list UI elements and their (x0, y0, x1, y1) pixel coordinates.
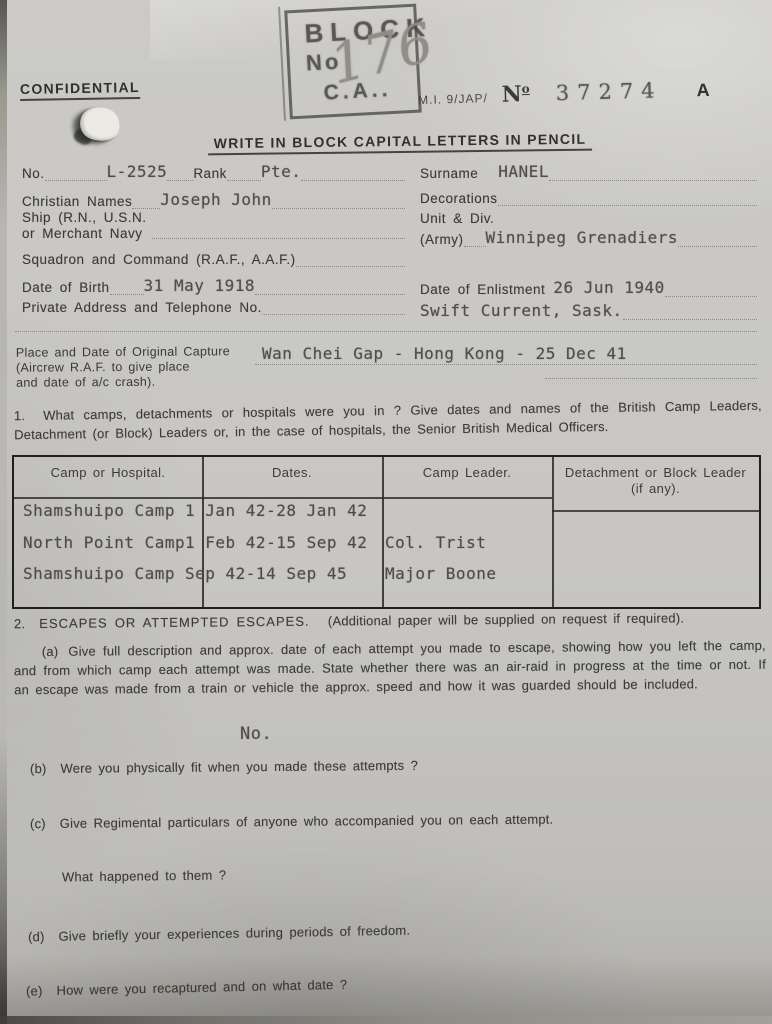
field-row-unit-army: (Army) Winnipeg Grenadiers (420, 228, 757, 247)
field-row-address-value: Swift Current, Sask. (420, 301, 757, 320)
enlistment-value: 26 Jun 1940 (553, 278, 664, 297)
field-row-date-of-birth: Date of Birth 31 May 1918 (22, 276, 405, 295)
series-letter: A (696, 80, 711, 101)
camps-table-rows: Shamshuipo Camp1 Jan 42-28 Jan 42North P… (14, 457, 759, 607)
scan-edge-bottom (0, 1016, 772, 1024)
decorations-label: Decorations (420, 191, 498, 206)
dotted-line (665, 292, 757, 297)
table-cell-dates: 1 Jan 42-28 Jan 42 (185, 501, 367, 520)
scan-edge-left (0, 0, 7, 1024)
question2d-label: (d) (28, 929, 45, 944)
question1-number: 1. (14, 408, 25, 423)
field-row-address: Private Address and Telephone No. (22, 300, 405, 315)
question2c-followup: What happened to them ? (62, 864, 462, 888)
field-row-enlistment: Date of Enlistment 26 Jun 1940 (420, 278, 757, 297)
dotted-line (45, 176, 107, 181)
serial-number-stamp: 37274 (555, 78, 662, 105)
table-cell-leader: Major Boone (385, 564, 496, 583)
christian-names-value: Joseph John (160, 190, 271, 209)
dotted-line (132, 204, 160, 209)
question2d-text: Give briefly your experiences during per… (58, 923, 410, 944)
section2-title: ESCAPES OR ATTEMPTED ESCAPES. (39, 614, 309, 631)
field-row-christian-names: Christian Names Joseph John (22, 190, 405, 209)
table-cell-leader: Col. Trist (385, 533, 486, 552)
rank-value: Pte. (261, 162, 302, 181)
dotted-line (301, 176, 405, 181)
enlistment-label: Date of Enlistment (420, 282, 545, 297)
form-reference: M.I. 9/JAP/ No 37274 A (418, 76, 711, 110)
dotted-line (255, 290, 405, 295)
field-row-squadron: Squadron and Command (R.A.F., A.A.F.) (22, 252, 405, 267)
scan-shade-bottom (0, 956, 772, 1016)
table-cell-camp: Shamshuipo Camp (23, 564, 175, 583)
scanned-pow-questionnaire-page: CONFIDENTIAL BLOCK No C.A.. 176 M.I. 9/J… (0, 0, 772, 1024)
squadron-label: Squadron and Command (R.A.F., A.A.F.) (22, 252, 296, 267)
question2c-label: (c) (30, 816, 46, 831)
question2b-label: (b) (30, 761, 47, 776)
dotted-line (227, 176, 261, 181)
ministry-reference: M.I. 9/JAP/ (418, 91, 488, 107)
number-value: L-2525 (107, 162, 168, 181)
table-cell-camp: Shamshuipo Camp (23, 501, 175, 520)
dotted-line (296, 262, 405, 267)
dotted-line (464, 242, 486, 247)
dotted-line (255, 360, 757, 365)
question2c: (c)Give Regimental particulars of anyone… (30, 809, 750, 834)
table-cell-dates: Sep 42-14 Sep 45 (185, 564, 347, 583)
question2a-label: (a) (42, 644, 59, 659)
field-row-number-rank: No. L-2525 Rank Pte. (22, 162, 405, 181)
address-label: Private Address and Telephone No. (22, 300, 262, 315)
section2-heading: 2.ESCAPES OR ATTEMPTED ESCAPES. (Additio… (14, 609, 764, 634)
address-value: Swift Current, Sask. (420, 301, 623, 320)
surname-value: HANEL (498, 162, 549, 181)
unit-value: Winnipeg Grenadiers (486, 228, 679, 247)
classification-label: CONFIDENTIAL (20, 79, 140, 101)
table-cell-dates: 1 Feb 42-15 Sep 42 (185, 533, 367, 552)
dotted-line (549, 176, 757, 181)
question2a-text: Give full description and approx. date o… (14, 638, 766, 697)
dotted-line (545, 374, 757, 379)
number-label: No. (22, 166, 45, 181)
table-row: Shamshuipo Camp1 Jan 42-28 Jan 42 (14, 501, 759, 525)
form-instruction-wrap: WRITE IN BLOCK CAPITAL LETTERS IN PENCIL (130, 130, 670, 157)
question1: 1.What camps, detachments or hospitals w… (14, 397, 762, 445)
ship-label: Ship (R.N., U.S.N. or Merchant Navy (22, 210, 147, 242)
rank-label: Rank (193, 166, 227, 181)
dotted-line (262, 310, 405, 315)
unit-div-label-line1: Unit & Div. (420, 211, 494, 226)
capture-label: Place and Date of Original Capture (Airc… (16, 344, 230, 390)
date-of-birth-label: Date of Birth (22, 280, 110, 295)
dotted-line (110, 290, 144, 295)
question2b-text: Were you physically fit when you made th… (60, 758, 418, 776)
unit-army-label: (Army) (420, 232, 464, 247)
question1-text: What camps, detachments or hospitals wer… (14, 398, 762, 442)
question2b: (b)Were you physically fit when you made… (30, 754, 750, 779)
question2d: (d)Give briefly your experiences during … (28, 916, 748, 947)
table-row: North Point Camp1 Feb 42-15 Sep 42Col. T… (14, 533, 759, 557)
section2-number: 2. (14, 616, 25, 631)
dotted-line (152, 234, 405, 239)
table-row: Shamshuipo CampSep 42-14 Sep 45Major Boo… (14, 564, 759, 588)
dotted-line (15, 327, 757, 332)
form-instruction: WRITE IN BLOCK CAPITAL LETTERS IN PENCIL (208, 131, 593, 156)
field-row-surname: Surname HANEL (420, 162, 757, 181)
question2a: (a)Give full description and approx. dat… (14, 637, 766, 700)
field-row-decorations: Decorations (420, 191, 757, 206)
camps-table: Camp or Hospital. Dates. Camp Leader. De… (12, 455, 761, 609)
surname-label: Surname (420, 166, 478, 181)
dotted-line (678, 242, 757, 247)
table-cell-camp: North Point Camp (23, 533, 185, 552)
number-symbol: No (501, 81, 530, 108)
date-of-birth-value: 31 May 1918 (144, 276, 255, 295)
section2-note: (Additional paper will be supplied on re… (328, 610, 684, 628)
dotted-line (272, 204, 405, 209)
dotted-line (498, 201, 757, 206)
dotted-line (167, 176, 193, 181)
dotted-line (623, 315, 757, 320)
question2c-text: Give Regimental particulars of anyone wh… (60, 812, 554, 831)
christian-names-label: Christian Names (22, 194, 132, 209)
question2a-answer: No. (240, 724, 272, 744)
